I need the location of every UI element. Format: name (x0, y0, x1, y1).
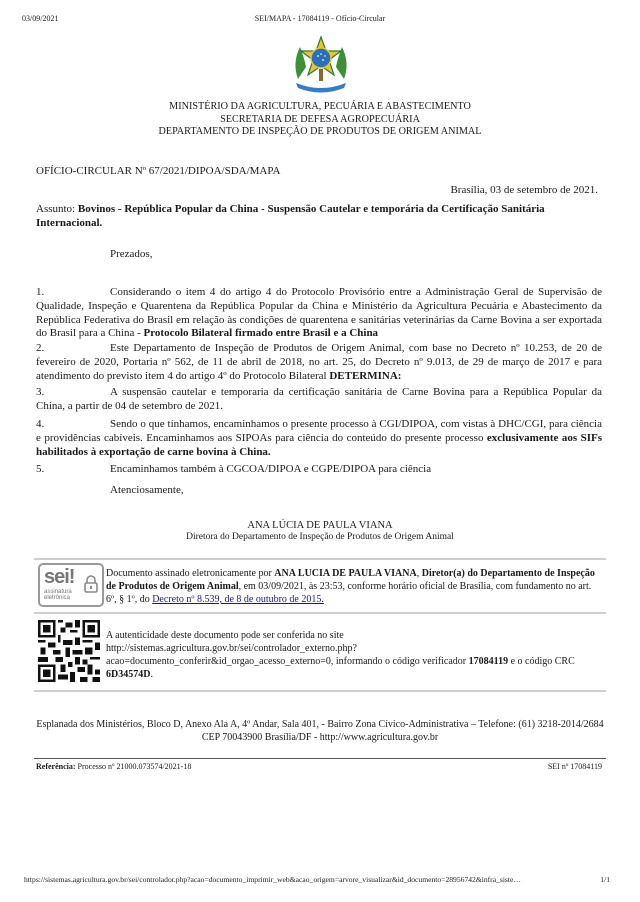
salutation: Prezados, (110, 248, 152, 260)
signatory-name: ANA LÚCIA DE PAULA VIANA (0, 520, 640, 531)
paragraph-text: Encaminhamos também à CGCOA/DIPOA e CGPE… (110, 463, 431, 475)
print-title: SEI/MAPA - 17084119 - Ofício-Circular (0, 14, 640, 23)
subject-text: Bovinos - República Popular da China - S… (36, 203, 545, 229)
organization-header: MINISTÉRIO DA AGRICULTURA, PECUÁRIA E AB… (0, 101, 640, 139)
ministry-name: MINISTÉRIO DA AGRICULTURA, PECUÁRIA E AB… (0, 101, 640, 114)
divider (34, 558, 606, 560)
page-number: 1/1 (600, 875, 610, 884)
department-name: DEPARTAMENTO DE INSPEÇÃO DE PRODUTOS DE … (0, 126, 640, 139)
footer-address: Esplanada dos Ministérios, Bloco D, Anex… (30, 718, 610, 744)
subject-label: Assunto: (36, 203, 78, 215)
paragraph-number: 2. (36, 342, 110, 356)
place-date: Brasília, 03 de setembro de 2021. (450, 184, 598, 196)
signatory-role: Diretora do Departamento de Inspeção de … (0, 532, 640, 542)
secretariat-name: SECRETARIA DE DEFESA AGROPECUÁRIA (0, 114, 640, 127)
verifier-code: 17084119 (469, 656, 508, 667)
document-id: OFÍCIO-CIRCULAR Nº 67/2021/DIPOA/SDA/MAP… (36, 165, 280, 177)
sei-logo-subtitle: assinaturaeletrônica (44, 589, 72, 601)
paragraph-1: 1.Considerando o item 4 do artigo 4 do P… (36, 286, 602, 341)
paragraph-text: A suspensão cautelar e temporaria da cer… (36, 386, 602, 412)
crc-code: 6D34574D (106, 669, 150, 680)
paragraph-number: 3. (36, 386, 110, 400)
brazil-coat-of-arms-icon (288, 33, 354, 97)
paragraph-5: 5.Encaminhamos também à CGCOA/DIPOA e CG… (36, 463, 602, 477)
sei-logo-text: sei! (44, 566, 74, 589)
authenticity-text: A autenticidade deste documento pode ser… (106, 629, 602, 681)
paragraph-4: 4.Sendo o que tínhamos, encaminhamos o p… (36, 418, 602, 459)
decree-link[interactable]: Decreto nº 8.539, de 8 de outubro de 201… (152, 594, 324, 605)
process-reference: Referência: Processo nº 21000.073574/202… (36, 762, 191, 771)
authenticity-url: http://sistemas.agricultura.gov.br/sei/c… (106, 642, 602, 655)
print-url: https://sistemas.agricultura.gov.br/sei/… (24, 875, 594, 884)
paragraph-bold: DETERMINA: (329, 370, 401, 382)
subject: Assunto: Bovinos - República Popular da … (36, 202, 602, 230)
paragraph-bold: Protocolo Bilateral firmado entre Brasil… (144, 327, 379, 339)
paragraph-number: 1. (36, 286, 110, 300)
paragraph-number: 5. (36, 463, 110, 477)
sei-number: SEI nº 17084119 (548, 762, 602, 771)
paragraph-text: Este Departamento de Inspeção de Produto… (36, 342, 602, 382)
sei-signature-logo: sei! assinaturaeletrônica (38, 563, 104, 607)
divider (34, 612, 606, 614)
lock-icon (84, 575, 98, 593)
electronic-signature-text: Documento assinado eletronicamente por A… (106, 567, 602, 606)
divider (34, 690, 606, 692)
closing: Atenciosamente, (110, 484, 184, 496)
paragraph-number: 4. (36, 418, 110, 432)
paragraph-3: 3.A suspensão cautelar e temporaria da c… (36, 386, 602, 414)
qr-code-icon (38, 620, 100, 682)
footer-rule (34, 758, 606, 759)
paragraph-2: 2.Este Departamento de Inspeção de Produ… (36, 342, 602, 383)
